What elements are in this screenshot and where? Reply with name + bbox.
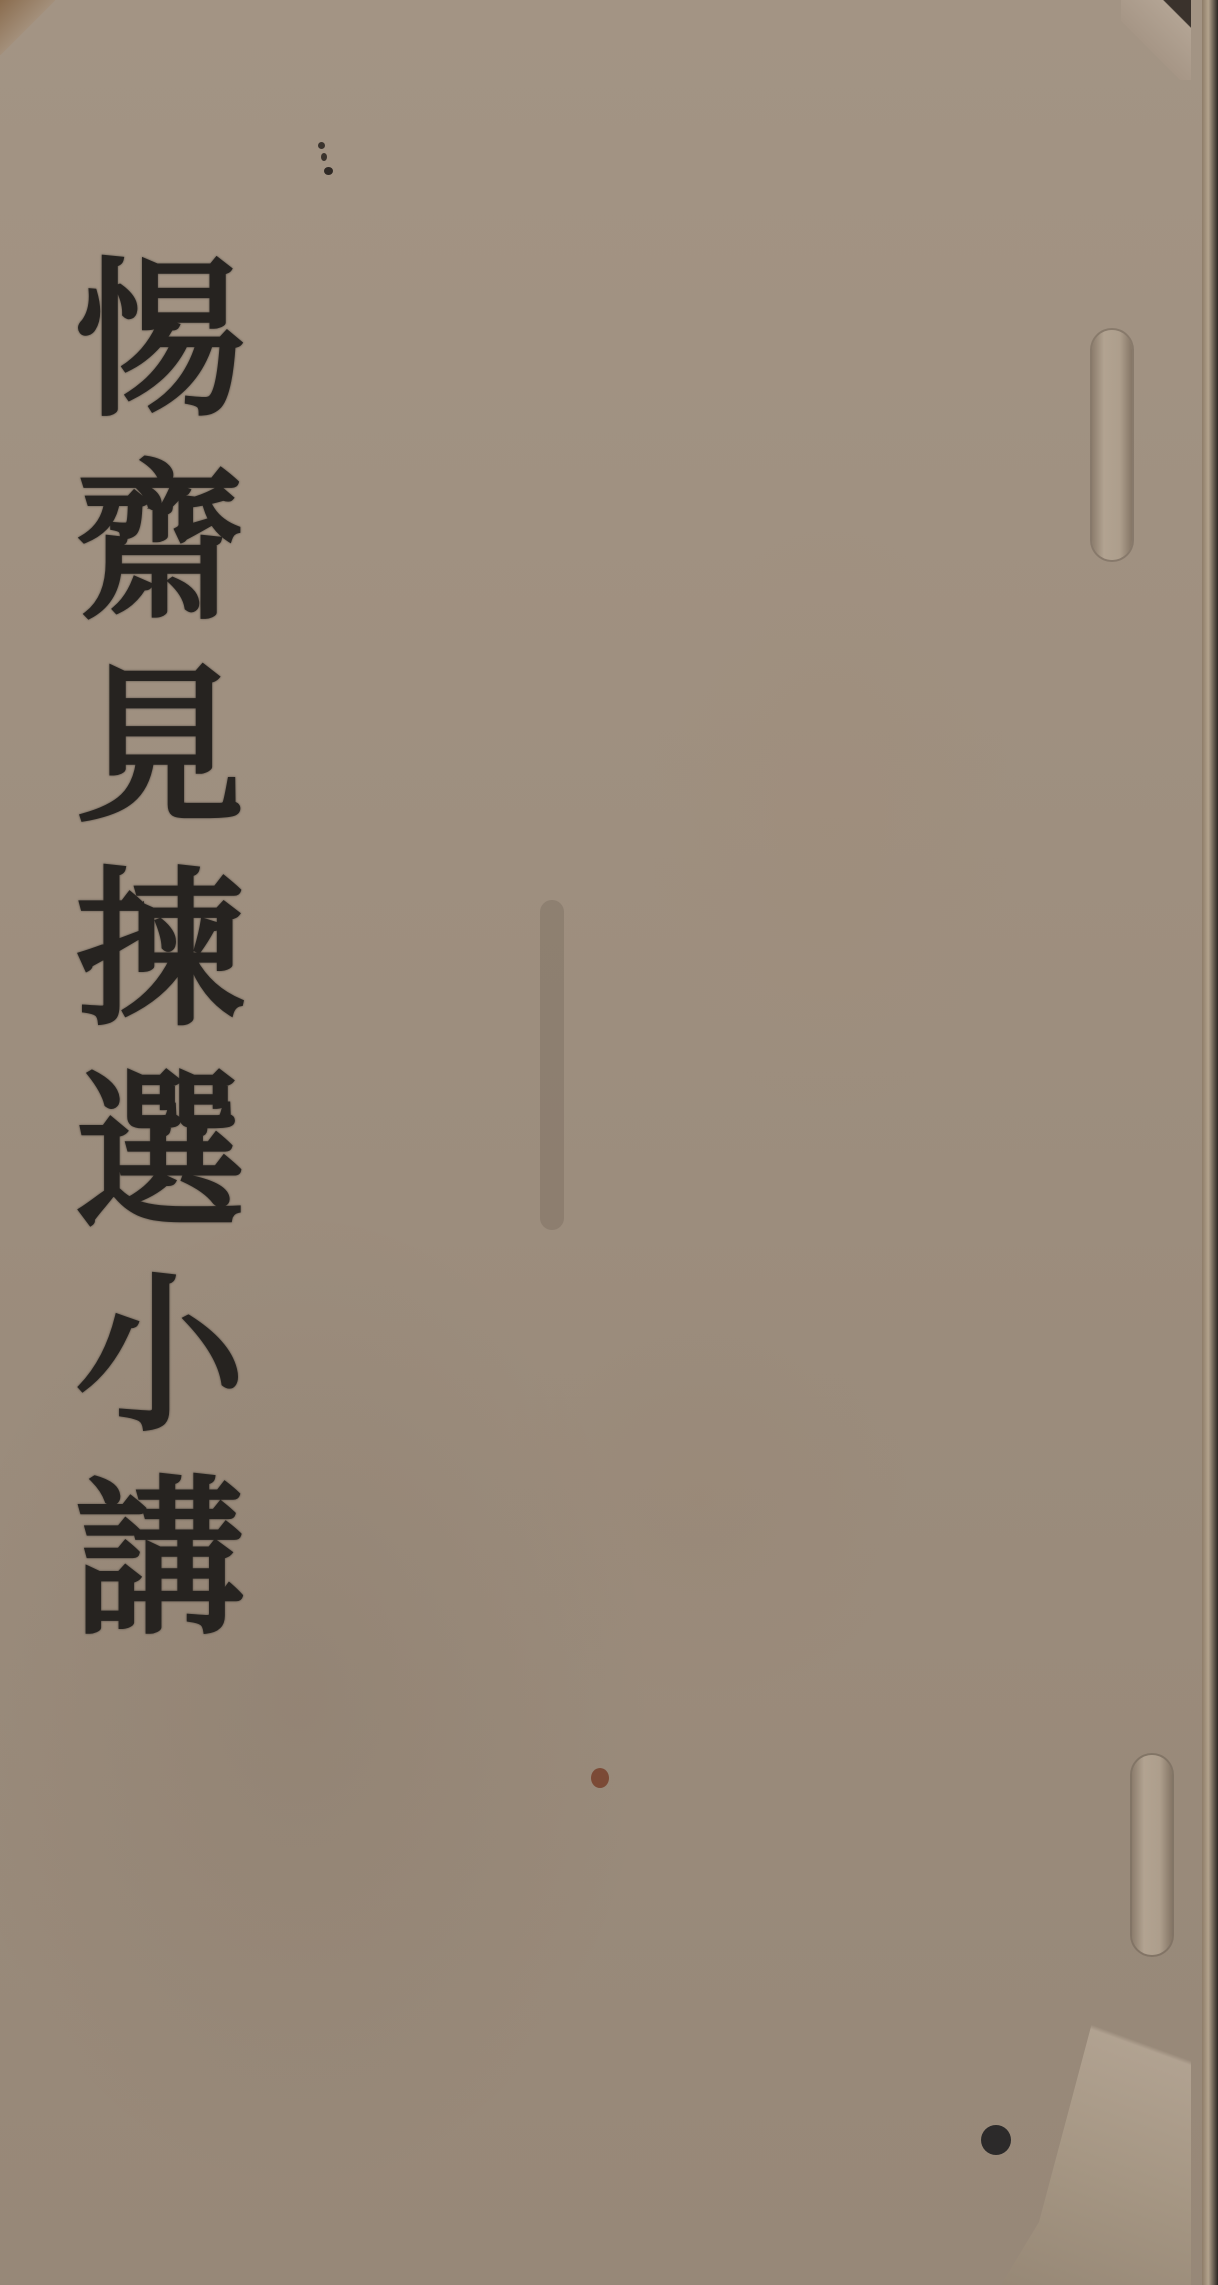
ink-dot [318, 142, 325, 149]
title-char: 講 [75, 1458, 245, 1661]
book-cover: 惕 齋 見 揀 選 小 講 [0, 0, 1205, 2285]
title-char: 見 [75, 646, 245, 849]
bottom-right-worn-corner [1001, 1865, 1191, 2285]
ink-dot [321, 153, 327, 161]
title-char: 選 [75, 1052, 245, 1255]
vertical-title: 惕 齋 見 揀 選 小 講 [60, 240, 260, 1661]
ink-blot [981, 2125, 1011, 2155]
title-char: 揀 [75, 849, 245, 1052]
red-stain [591, 1768, 609, 1788]
title-char: 小 [75, 1255, 245, 1458]
title-char: 惕 [75, 240, 245, 443]
ink-dot [324, 167, 333, 175]
spine-edge [1202, 0, 1218, 2285]
binding-thread-top [1092, 330, 1132, 560]
top-right-folded-corner [1121, 0, 1191, 80]
top-left-worn-corner [0, 0, 55, 55]
title-char: 齋 [75, 443, 245, 646]
paper-crease [540, 900, 564, 1230]
